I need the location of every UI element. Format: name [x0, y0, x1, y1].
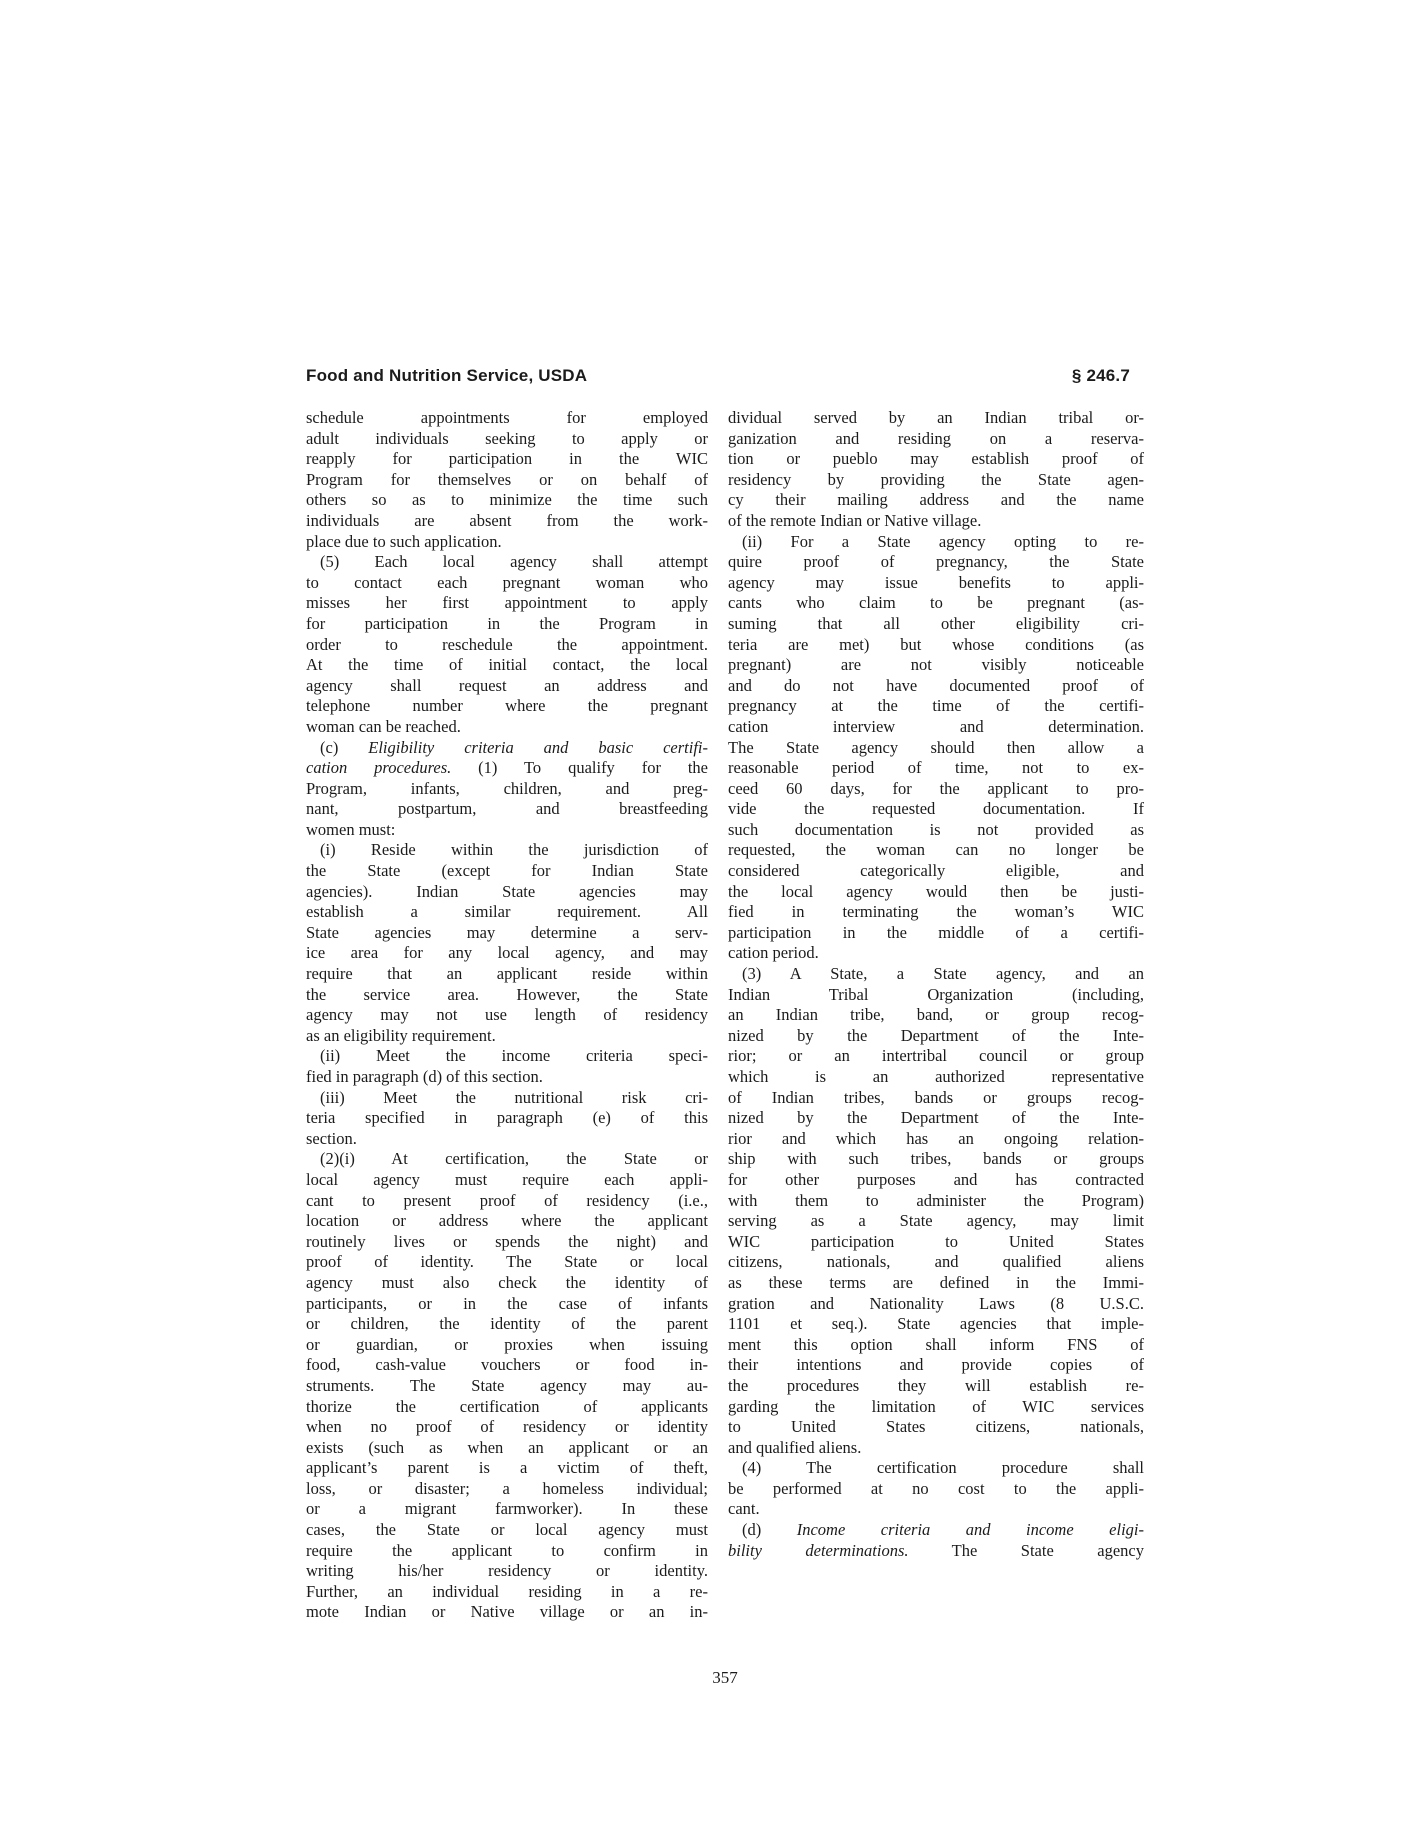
text-run: for other purposes and has contracted: [728, 1170, 1144, 1189]
text-line: require the applicant to confirm in: [306, 1541, 708, 1562]
text-line: agencies). Indian State agencies may: [306, 882, 708, 903]
italic-run: Income criteria and income eligi-: [797, 1520, 1144, 1539]
text-line: require that an applicant reside within: [306, 964, 708, 985]
text-line: routinely lives or spends the night) and: [306, 1232, 708, 1253]
text-line: location or address where the applicant: [306, 1211, 708, 1232]
text-run: suming that all other eligibility cri-: [728, 614, 1144, 633]
text-line: nized by the Department of the Inte-: [728, 1026, 1144, 1047]
text-line: nized by the Department of the Inte-: [728, 1108, 1144, 1129]
text-line: teria are met) but whose conditions (as: [728, 635, 1144, 656]
paragraph: (4) The certification procedure shallbe …: [728, 1458, 1144, 1520]
paragraph: (5) Each local agency shall attemptto co…: [306, 552, 708, 737]
text-line: dividual served by an Indian tribal or-: [728, 408, 1144, 429]
text-run: mote Indian or Native village or an in-: [306, 1602, 708, 1621]
text-line: (iii) Meet the nutritional risk cri-: [306, 1088, 708, 1109]
text-run: woman can be reached.: [306, 717, 461, 736]
text-line: serving as a State agency, may limit: [728, 1211, 1144, 1232]
text-run: which is an authorized representative: [728, 1067, 1144, 1086]
page-number: 357: [712, 1668, 738, 1687]
text-line: writing his/her residency or identity.: [306, 1561, 708, 1582]
text-run: when no proof of residency or identity: [306, 1417, 708, 1436]
text-run: ice area for any local agency, and may: [306, 943, 708, 962]
text-line: ice area for any local agency, and may: [306, 943, 708, 964]
text-line: and qualified aliens.: [728, 1438, 1144, 1459]
text-run: such documentation is not provided as: [728, 820, 1144, 839]
text-line: for participation in the Program in: [306, 614, 708, 635]
text-run: tion or pueblo may establish proof of: [728, 449, 1144, 468]
text-line: agency shall request an address and: [306, 676, 708, 697]
text-run: local agency must require each appli-: [306, 1170, 708, 1189]
text-run: others so as to minimize the time such: [306, 490, 708, 509]
text-line: cants who claim to be pregnant (as-: [728, 593, 1144, 614]
text-line: thorize the certification of applicants: [306, 1397, 708, 1418]
text-line: (d) Income criteria and income eligi-: [728, 1520, 1144, 1541]
text-line: fied in terminating the woman’s WIC: [728, 902, 1144, 923]
text-line: adult individuals seeking to apply or: [306, 429, 708, 450]
text-line: participants, or in the case of infants: [306, 1294, 708, 1315]
text-run: agency must also check the identity of: [306, 1273, 708, 1292]
text-line: cation interview and determination.: [728, 717, 1144, 738]
paragraph: schedule appointments for employedadult …: [306, 408, 708, 552]
text-run: pregnant) are not visibly noticeable: [728, 655, 1144, 674]
text-line: with them to administer the Program): [728, 1191, 1144, 1212]
text-line: cant to present proof of residency (i.e.…: [306, 1191, 708, 1212]
text-run: for participation in the Program in: [306, 614, 708, 633]
text-line: their intentions and provide copies of: [728, 1355, 1144, 1376]
text-line: reapply for participation in the WIC: [306, 449, 708, 470]
text-line: (3) A State, a State agency, and an: [728, 964, 1144, 985]
text-line: to United States citizens, nationals,: [728, 1417, 1144, 1438]
text-line: the service area. However, the State: [306, 985, 708, 1006]
text-line: vide the requested documentation. If: [728, 799, 1144, 820]
text-run: ceed 60 days, for the applicant to pro-: [728, 779, 1144, 798]
text-run: nized by the Department of the Inte-: [728, 1026, 1144, 1045]
text-run: ganization and residing on a reserva-: [728, 429, 1144, 448]
text-line: participation in the middle of a certifi…: [728, 923, 1144, 944]
body-text: schedule appointments for employedadult …: [306, 408, 1144, 1623]
text-line: rior and which has an ongoing relation-: [728, 1129, 1144, 1150]
text-line: cases, the State or local agency must: [306, 1520, 708, 1541]
text-line: considered categorically eligible, and: [728, 861, 1144, 882]
text-run: the State (except for Indian State: [306, 861, 708, 880]
text-line: when no proof of residency or identity: [306, 1417, 708, 1438]
text-run: participants, or in the case of infants: [306, 1294, 708, 1313]
text-line: cation period.: [728, 943, 1144, 964]
text-run: (4) The certification procedure shall: [742, 1458, 1144, 1477]
text-run: cant.: [728, 1499, 760, 1518]
text-run: the service area. However, the State: [306, 985, 708, 1004]
text-line: which is an authorized representative: [728, 1067, 1144, 1088]
text-line: the local agency would then be justi-: [728, 882, 1144, 903]
text-run: gration and Nationality Laws (8 U.S.C.: [728, 1294, 1144, 1313]
text-run: agencies). Indian State agencies may: [306, 882, 708, 901]
text-line: food, cash-value vouchers or food in-: [306, 1355, 708, 1376]
text-line: struments. The State agency may au-: [306, 1376, 708, 1397]
text-line: agency must also check the identity of: [306, 1273, 708, 1294]
text-line: pregnancy at the time of the certifi-: [728, 696, 1144, 717]
text-run: or a migrant farmworker). In these: [306, 1499, 708, 1518]
text-run: routinely lives or spends the night) and: [306, 1232, 708, 1251]
text-line: women must:: [306, 820, 708, 841]
text-line: quire proof of pregnancy, the State: [728, 552, 1144, 573]
text-line: ceed 60 days, for the applicant to pro-: [728, 779, 1144, 800]
paragraph: dividual served by an Indian tribal or-g…: [728, 408, 1144, 532]
text-line: place due to such application.: [306, 532, 708, 553]
text-run: struments. The State agency may au-: [306, 1376, 708, 1395]
text-run: (iii) Meet the nutritional risk cri-: [320, 1088, 708, 1107]
text-run: be performed at no cost to the appli-: [728, 1479, 1144, 1498]
text-run: cant to present proof of residency (i.e.…: [306, 1191, 708, 1210]
paragraph: (ii) For a State agency opting to re-qui…: [728, 532, 1144, 964]
text-line: agency may not use length of residency: [306, 1005, 708, 1026]
text-line: pregnant) are not visibly noticeable: [728, 655, 1144, 676]
running-head-title: Food and Nutrition Service, USDA: [306, 366, 587, 386]
text-line: be performed at no cost to the appli-: [728, 1479, 1144, 1500]
text-line: rior; or an intertribal council or group: [728, 1046, 1144, 1067]
text-run: fied in terminating the woman’s WIC: [728, 902, 1144, 921]
text-line: (5) Each local agency shall attempt: [306, 552, 708, 573]
text-run: (d): [742, 1520, 797, 1539]
text-run: At the time of initial contact, the loca…: [306, 655, 708, 674]
text-run: considered categorically eligible, and: [728, 861, 1144, 880]
text-run: loss, or disaster; a homeless individual…: [306, 1479, 708, 1498]
text-line: of Indian tribes, bands or groups recog-: [728, 1088, 1144, 1109]
text-run: Further, an individual residing in a re-: [306, 1582, 708, 1601]
text-run: Program for themselves or on behalf of: [306, 470, 708, 489]
text-line: nant, postpartum, and breastfeeding: [306, 799, 708, 820]
text-run: as these terms are defined in the Immi-: [728, 1273, 1144, 1292]
text-run: participation in the middle of a certifi…: [728, 923, 1144, 942]
text-line: (i) Reside within the jurisdiction of: [306, 840, 708, 861]
text-run: food, cash-value vouchers or food in-: [306, 1355, 708, 1374]
text-run: the local agency would then be justi-: [728, 882, 1144, 901]
text-run: nant, postpartum, and breastfeeding: [306, 799, 708, 818]
text-line: loss, or disaster; a homeless individual…: [306, 1479, 708, 1500]
text-line: (2)(i) At certification, the State or: [306, 1149, 708, 1170]
text-run: agency may not use length of residency: [306, 1005, 708, 1024]
text-run: Indian Tribal Organization (including,: [728, 985, 1144, 1004]
text-line: ganization and residing on a reserva-: [728, 429, 1144, 450]
text-run: nized by the Department of the Inte-: [728, 1108, 1144, 1127]
text-run: (1) To qualify for the: [451, 758, 708, 777]
text-line: local agency must require each appli-: [306, 1170, 708, 1191]
text-run: cases, the State or local agency must: [306, 1520, 708, 1539]
text-run: cy their mailing address and the name: [728, 490, 1144, 509]
text-line: the procedures they will establish re-: [728, 1376, 1144, 1397]
paragraph: (2)(i) At certification, the State orloc…: [306, 1149, 708, 1623]
text-run: an Indian tribe, band, or group recog-: [728, 1005, 1144, 1024]
text-line: ship with such tribes, bands or groups: [728, 1149, 1144, 1170]
text-run: vide the requested documentation. If: [728, 799, 1144, 818]
text-run: fied in paragraph (d) of this section.: [306, 1067, 543, 1086]
text-line: the State (except for Indian State: [306, 861, 708, 882]
text-run: agency may issue benefits to appli-: [728, 573, 1144, 592]
text-line: The State agency should then allow a: [728, 738, 1144, 759]
text-line: agency may issue benefits to appli-: [728, 573, 1144, 594]
text-run: quire proof of pregnancy, the State: [728, 552, 1144, 571]
left-column: schedule appointments for employedadult …: [306, 408, 708, 1623]
text-line: 1101 et seq.). State agencies that imple…: [728, 1314, 1144, 1335]
text-line: of the remote Indian or Native village.: [728, 511, 1144, 532]
text-run: The State agency should then allow a: [728, 738, 1144, 757]
text-run: requested, the woman can no longer be: [728, 840, 1144, 859]
text-run: and do not have documented proof of: [728, 676, 1144, 695]
italic-run: bility determinations.: [728, 1541, 909, 1560]
text-run: misses her first appointment to apply: [306, 593, 708, 612]
text-line: bility determinations. The State agency: [728, 1541, 1144, 1562]
text-run: cation period.: [728, 943, 819, 962]
text-line: fied in paragraph (d) of this section.: [306, 1067, 708, 1088]
text-line: telephone number where the pregnant: [306, 696, 708, 717]
text-line: (4) The certification procedure shall: [728, 1458, 1144, 1479]
text-run: location or address where the applicant: [306, 1211, 708, 1230]
text-line: to contact each pregnant woman who: [306, 573, 708, 594]
text-run: schedule appointments for employed: [306, 408, 708, 427]
text-line: (c) Eligibility criteria and basic certi…: [306, 738, 708, 759]
right-column: dividual served by an Indian tribal or-g…: [728, 408, 1144, 1623]
paragraph: (3) A State, a State agency, and anIndia…: [728, 964, 1144, 1458]
text-run: Program, infants, children, and preg-: [306, 779, 708, 798]
paragraph: (ii) Meet the income criteria speci-fied…: [306, 1046, 708, 1087]
text-run: with them to administer the Program): [728, 1191, 1144, 1210]
text-run: proof of identity. The State or local: [306, 1252, 708, 1271]
text-run: require that an applicant reside within: [306, 964, 708, 983]
text-run: of the remote Indian or Native village.: [728, 511, 981, 530]
text-line: section.: [306, 1129, 708, 1150]
text-line: applicant’s parent is a victim of theft,: [306, 1458, 708, 1479]
text-run: (2)(i) At certification, the State or: [320, 1149, 708, 1168]
italic-run: Eligibility criteria and basic certifi-: [368, 738, 708, 757]
text-line: woman can be reached.: [306, 717, 708, 738]
text-run: dividual served by an Indian tribal or-: [728, 408, 1144, 427]
text-run: pregnancy at the time of the certifi-: [728, 696, 1144, 715]
text-line: mote Indian or Native village or an in-: [306, 1602, 708, 1623]
text-line: others so as to minimize the time such: [306, 490, 708, 511]
text-line: Program, infants, children, and preg-: [306, 779, 708, 800]
text-run: establish a similar requirement. All: [306, 902, 708, 921]
text-run: rior; or an intertribal council or group: [728, 1046, 1144, 1065]
text-run: their intentions and provide copies of: [728, 1355, 1144, 1374]
text-line: as these terms are defined in the Immi-: [728, 1273, 1144, 1294]
text-run: individuals are absent from the work-: [306, 511, 708, 530]
italic-run: cation procedures.: [306, 758, 451, 777]
text-line: State agencies may determine a serv-: [306, 923, 708, 944]
page-footer: 357: [306, 1668, 1144, 1688]
text-run: as an eligibility requirement.: [306, 1026, 496, 1045]
text-run: (ii) For a State agency opting to re-: [742, 532, 1144, 551]
text-run: women must:: [306, 820, 395, 839]
text-run: (i) Reside within the jurisdiction of: [320, 840, 708, 859]
text-run: section.: [306, 1129, 357, 1148]
text-line: garding the limitation of WIC services: [728, 1397, 1144, 1418]
text-line: (ii) Meet the income criteria speci-: [306, 1046, 708, 1067]
text-run: WIC participation to United States: [728, 1232, 1144, 1251]
text-line: At the time of initial contact, the loca…: [306, 655, 708, 676]
text-run: agency shall request an address and: [306, 676, 708, 695]
text-run: place due to such application.: [306, 532, 502, 551]
text-line: schedule appointments for employed: [306, 408, 708, 429]
text-run: serving as a State agency, may limit: [728, 1211, 1144, 1230]
text-run: garding the limitation of WIC services: [728, 1397, 1144, 1416]
text-run: of Indian tribes, bands or groups recog-: [728, 1088, 1144, 1107]
text-line: teria specified in paragraph (e) of this: [306, 1108, 708, 1129]
text-line: an Indian tribe, band, or group recog-: [728, 1005, 1144, 1026]
text-line: (ii) For a State agency opting to re-: [728, 532, 1144, 553]
text-run: (3) A State, a State agency, and an: [742, 964, 1144, 983]
text-run: reasonable period of time, not to ex-: [728, 758, 1144, 777]
paragraph: (i) Reside within the jurisdiction ofthe…: [306, 840, 708, 1046]
text-run: require the applicant to confirm in: [306, 1541, 708, 1560]
text-line: cy their mailing address and the name: [728, 490, 1144, 511]
text-run: cation interview and determination.: [728, 717, 1144, 736]
text-line: or children, the identity of the parent: [306, 1314, 708, 1335]
text-line: such documentation is not provided as: [728, 820, 1144, 841]
text-run: cants who claim to be pregnant (as-: [728, 593, 1144, 612]
text-line: proof of identity. The State or local: [306, 1252, 708, 1273]
text-run: telephone number where the pregnant: [306, 696, 708, 715]
text-line: suming that all other eligibility cri-: [728, 614, 1144, 635]
document-page: Food and Nutrition Service, USDA § 246.7…: [0, 0, 1427, 1847]
text-run: 1101 et seq.). State agencies that imple…: [728, 1314, 1144, 1333]
text-run: ship with such tribes, bands or groups: [728, 1149, 1144, 1168]
text-run: applicant’s parent is a victim of theft,: [306, 1458, 708, 1477]
text-line: and do not have documented proof of: [728, 676, 1144, 697]
text-run: (5) Each local agency shall attempt: [320, 552, 708, 571]
text-line: Indian Tribal Organization (including,: [728, 985, 1144, 1006]
text-line: gration and Nationality Laws (8 U.S.C.: [728, 1294, 1144, 1315]
text-line: misses her first appointment to apply: [306, 593, 708, 614]
text-run: to contact each pregnant woman who: [306, 573, 708, 592]
text-run: to United States citizens, nationals,: [728, 1417, 1144, 1436]
text-line: order to reschedule the appointment.: [306, 635, 708, 656]
paragraph: (iii) Meet the nutritional risk cri-teri…: [306, 1088, 708, 1150]
text-run: teria specified in paragraph (e) of this: [306, 1108, 708, 1127]
text-run: citizens, nationals, and qualified alien…: [728, 1252, 1144, 1271]
text-run: teria are met) but whose conditions (as: [728, 635, 1144, 654]
text-run: ment this option shall inform FNS of: [728, 1335, 1144, 1354]
text-run: thorize the certification of applicants: [306, 1397, 708, 1416]
text-line: ment this option shall inform FNS of: [728, 1335, 1144, 1356]
text-line: for other purposes and has contracted: [728, 1170, 1144, 1191]
text-run: adult individuals seeking to apply or: [306, 429, 708, 448]
text-run: or children, the identity of the parent: [306, 1314, 708, 1333]
text-line: establish a similar requirement. All: [306, 902, 708, 923]
text-line: individuals are absent from the work-: [306, 511, 708, 532]
text-line: reasonable period of time, not to ex-: [728, 758, 1144, 779]
text-run: writing his/her residency or identity.: [306, 1561, 708, 1580]
text-run: (c): [320, 738, 368, 757]
paragraph: (c) Eligibility criteria and basic certi…: [306, 738, 708, 841]
text-run: rior and which has an ongoing relation-: [728, 1129, 1144, 1148]
text-line: tion or pueblo may establish proof of: [728, 449, 1144, 470]
text-run: residency by providing the State agen-: [728, 470, 1144, 489]
text-line: or guardian, or proxies when issuing: [306, 1335, 708, 1356]
text-line: or a migrant farmworker). In these: [306, 1499, 708, 1520]
text-run: State agencies may determine a serv-: [306, 923, 708, 942]
text-run: the procedures they will establish re-: [728, 1376, 1144, 1395]
text-line: as an eligibility requirement.: [306, 1026, 708, 1047]
text-line: residency by providing the State agen-: [728, 470, 1144, 491]
text-run: reapply for participation in the WIC: [306, 449, 708, 468]
text-line: Program for themselves or on behalf of: [306, 470, 708, 491]
text-line: cation procedures. (1) To qualify for th…: [306, 758, 708, 779]
text-run: or guardian, or proxies when issuing: [306, 1335, 708, 1354]
text-line: Further, an individual residing in a re-: [306, 1582, 708, 1603]
text-line: WIC participation to United States: [728, 1232, 1144, 1253]
text-line: exists (such as when an applicant or an: [306, 1438, 708, 1459]
text-run: and qualified aliens.: [728, 1438, 861, 1457]
text-run: (ii) Meet the income criteria speci-: [320, 1046, 708, 1065]
paragraph: (d) Income criteria and income eligi-bil…: [728, 1520, 1144, 1561]
running-head: Food and Nutrition Service, USDA § 246.7: [306, 366, 1130, 386]
text-run: order to reschedule the appointment.: [306, 635, 708, 654]
text-run: exists (such as when an applicant or an: [306, 1438, 708, 1457]
text-line: cant.: [728, 1499, 1144, 1520]
text-line: citizens, nationals, and qualified alien…: [728, 1252, 1144, 1273]
text-run: The State agency: [909, 1541, 1145, 1560]
text-line: requested, the woman can no longer be: [728, 840, 1144, 861]
running-head-section-number: § 246.7: [1072, 366, 1130, 386]
